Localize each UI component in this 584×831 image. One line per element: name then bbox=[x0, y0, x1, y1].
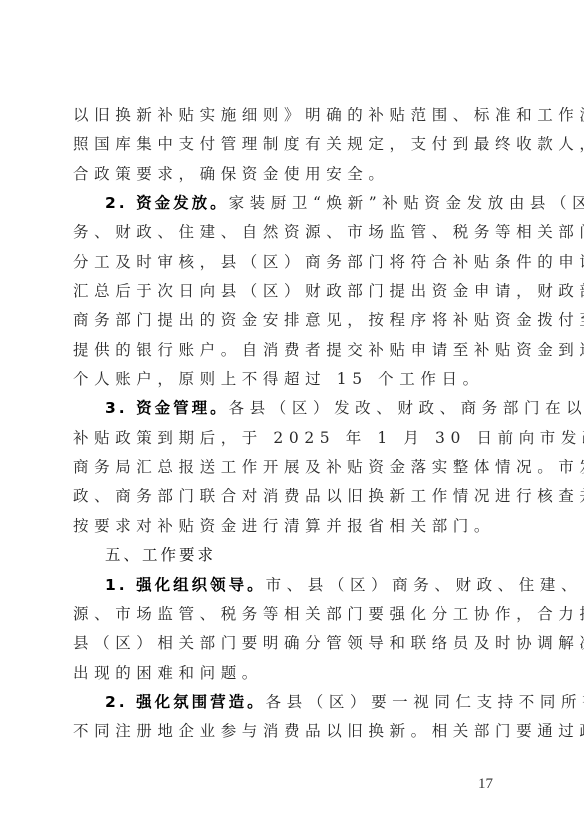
paragraph-fund-disbursement: 2. 资金发放。家装厨卫“焕新”补贴资金发放由县（区）商 务、财政、住建、自然资… bbox=[73, 189, 517, 394]
paragraph-fund-management: 3. 资金管理。各县（区）发改、财政、商务部门在以旧换新 补贴政策到期后，于 2… bbox=[73, 394, 517, 541]
text-line: 出现的困难和问题。 bbox=[73, 659, 517, 688]
text-line: 按要求对补贴资金进行清算并报省相关部门。 bbox=[73, 512, 517, 541]
text-line: 2. 强化氛围营造。各县（区）要一视同仁支持不同所有制、 bbox=[73, 688, 517, 717]
paragraph-intro-continuation: 以旧换新补贴实施细则》明确的补贴范围、标准和工作流程，按 照国库集中支付管理制度… bbox=[73, 101, 517, 189]
text-line: 政、商务部门联合对消费品以旧换新工作情况进行核查并总结， bbox=[73, 482, 517, 511]
text-line: 分工及时审核，县（区）商务部门将符合补贴条件的申请人信息 bbox=[73, 248, 517, 277]
text-line: 个人账户，原则上不得超过 15 个工作日。 bbox=[73, 365, 517, 394]
item-heading: 2. 资金发放。 bbox=[105, 194, 229, 212]
item-text: 市、县（区）商务、财政、住建、自然资 bbox=[266, 576, 584, 594]
text-line: 照国库集中支付管理制度有关规定，支付到最终收款人，确保符 bbox=[73, 130, 517, 159]
text-line: 商务部门提出的资金安排意见，按程序将补贴资金拨付至申请人 bbox=[73, 306, 517, 335]
item-text: 各县（区）发改、财政、商务部门在以旧换新 bbox=[229, 399, 584, 417]
text-line: 以旧换新补贴实施细则》明确的补贴范围、标准和工作流程，按 bbox=[73, 101, 517, 130]
item-heading: 2. 强化氛围营造。 bbox=[105, 693, 266, 711]
text-line: 1. 强化组织领导。市、县（区）商务、财政、住建、自然资 bbox=[73, 571, 517, 600]
item-text: 各县（区）要一视同仁支持不同所有制、 bbox=[266, 693, 584, 711]
text-line: 2. 资金发放。家装厨卫“焕新”补贴资金发放由县（区）商 bbox=[73, 189, 517, 218]
section-title: 五、工作要求 bbox=[73, 541, 517, 570]
text-line: 源、市场监管、税务等相关部门要强化分工协作，合力推进，各 bbox=[73, 600, 517, 629]
item-heading: 1. 强化组织领导。 bbox=[105, 576, 266, 594]
text-line: 商务局汇总报送工作开展及补贴资金落实整体情况。市发改、财 bbox=[73, 453, 517, 482]
text-line: 提供的银行账户。自消费者提交补贴申请至补贴资金到达消费者 bbox=[73, 336, 517, 365]
paragraph-strengthen-leadership: 1. 强化组织领导。市、县（区）商务、财政、住建、自然资 源、市场监管、税务等相… bbox=[73, 571, 517, 688]
item-text: 家装厨卫“焕新”补贴资金发放由县（区）商 bbox=[229, 194, 584, 212]
page-number: 17 bbox=[478, 776, 493, 793]
text-line: 3. 资金管理。各县（区）发改、财政、商务部门在以旧换新 bbox=[73, 394, 517, 423]
item-heading: 3. 资金管理。 bbox=[105, 399, 229, 417]
text-line: 不同注册地企业参与消费品以旧换新。相关部门要通过政府网站、 bbox=[73, 717, 517, 746]
text-line: 务、财政、住建、自然资源、市场监管、税务等相关部门按职责 bbox=[73, 218, 517, 247]
document-page: 以旧换新补贴实施细则》明确的补贴范围、标准和工作流程，按 照国库集中支付管理制度… bbox=[73, 101, 517, 747]
text-line: 合政策要求，确保资金使用安全。 bbox=[73, 160, 517, 189]
paragraph-strengthen-atmosphere: 2. 强化氛围营造。各县（区）要一视同仁支持不同所有制、 不同注册地企业参与消费… bbox=[73, 688, 517, 747]
text-line: 汇总后于次日向县（区）财政部门提出资金申请，财政部门根据 bbox=[73, 277, 517, 306]
text-line: 县（区）相关部门要明确分管领导和联络员及时协调解决工作中 bbox=[73, 629, 517, 658]
text-line: 补贴政策到期后，于 2025 年 1 月 30 日前向市发改委、财政局、 bbox=[73, 424, 517, 453]
